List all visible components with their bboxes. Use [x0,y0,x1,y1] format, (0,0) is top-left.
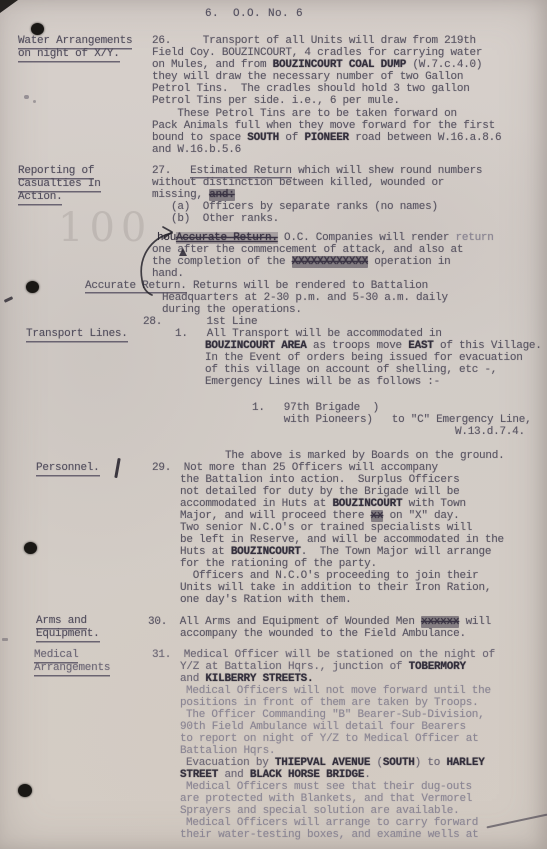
para-29-line: Two senior N.C.O's or trained specialist… [180,523,472,534]
margin-heading-reporting-of-casualties: Casualties In [18,179,101,191]
accurate-return-line: Headquarters at 2-30 p.m. and 5-30 a.m. … [162,293,448,304]
inserted-correction-line: houAccurate Return. O.C. Companies will … [157,233,494,244]
para-31-line: The Officer Commanding "B" Bearer-Sub-Di… [186,710,485,721]
para-29-line: accommodated in Huts at BOUZINCOURT with… [180,499,466,510]
margin-heading-arms-and-equipment: Arms and [36,616,87,628]
punch-hole [31,23,44,35]
para-26-line: 26. Transport of all Units will draw fro… [152,36,476,47]
margin-heading-water-arrangements: on night of X/Y. [18,49,120,61]
para-28-line: 1. All Transport will be accommodated in [175,329,442,340]
punch-hole [26,281,39,293]
margin-heading-arms-and-equipment: Equipment. [36,629,100,641]
para-31-line: and KILBERRY STREETS. [180,674,313,685]
para-31-line: Medical Officers will arrange to carry f… [186,818,478,829]
scan-corner-shadow [0,0,18,13]
para-29-line: for the rationing of the party. [180,559,377,570]
para-28-line: of this village on account of shelling, … [205,365,497,376]
para-29-line: 29. Not more than 25 Officers will accom… [152,463,438,474]
para-29-line: Huts at BOUZINCOURT. The Town Major will… [180,547,491,558]
margin-heading-reporting-of-casualties: Action. [18,192,62,204]
margin-heading-medical-arrangements: Arrangements [34,663,110,675]
para-29-line: one day's Ration with them. [180,595,351,606]
para-31-line: their water-testing boxes, and examine w… [180,830,479,841]
page-header: 6. O.O. No. 6 [205,9,303,20]
pen-mark [4,296,13,303]
margin-heading-transport-lines: Transport Lines. [26,329,128,341]
para-28-heading: 28. 1st Line [143,317,257,328]
pen-arrow-annotation [130,222,190,304]
inserted-correction-line: one after the commencement of attack, an… [152,245,463,256]
para-31-line: STREET and BLACK HORSE BRIDGE. [180,770,371,781]
insertion-caret-mark [179,248,187,256]
para-31-line: Evacuation by THIEPVAL AVENUE (SOUTH) to… [186,758,485,769]
para-27-line: 27. Estimated Return which will shew rou… [152,166,482,177]
para-26-line: Field Coy. BOUZINCOURT, 4 cradles for ca… [152,48,482,59]
para-31-line: are protected with Blankets, and that Ve… [180,794,472,805]
para-31-line: positions in front of them are taken by … [180,698,479,709]
accurate-return-line: during the operations. [162,305,302,316]
para-27-line: without distinction between killed, woun… [152,178,444,189]
para-31-line: Battalion Hqrs. [180,746,275,757]
para-29-line: Major, and will proceed there xx on "X" … [180,511,459,522]
para-29-line: Units will take in addition to their Iro… [180,583,491,594]
pen-mark [114,458,120,478]
ink-speck [24,95,29,99]
para-29-line: Officers and N.C.O's proceeding to join … [180,571,479,582]
para-31-line: Medical Officers will not move forward u… [186,686,491,697]
para-28-line: Emergency Lines will be as follows :- [205,377,440,388]
para-27-line: missing, and: [152,190,235,201]
pen-mark [486,814,547,829]
para-26-line: bound to space SOUTH of PIONEER road bet… [152,133,501,144]
para-29-line: the Battalion into action. Surplus Offic… [180,475,459,486]
emergency-line-entry: W.13.d.7.4. [455,427,525,438]
para-28-line: The above is marked by Boards on the gro… [225,451,504,462]
punch-hole [18,784,32,797]
para-26-line: and W.16.b.5.6 [152,145,241,156]
para-26-line: Petrol Tins. The cradles should hold 3 t… [152,84,470,95]
emergency-line-entry: with Pioneers) to "C" Emergency Line, [252,415,531,426]
para-26-line: These Petrol Tins are to be taken forwar… [152,109,457,120]
para-31-line: Sprayers and special solution are availa… [180,806,459,817]
inserted-correction-line: the completion of the XXXXXXXXXXXX opera… [152,257,451,268]
document-page: 6. O.O. No. 6 100 Water Arrangementson n… [0,0,547,849]
punch-hole [24,542,37,554]
para-26-line: Petrol Tins per side. i.e., 6 per mule. [152,96,400,107]
margin-heading-water-arrangements: Water Arrangements [18,36,132,48]
para-26-line: they will draw the necessary number of t… [152,72,463,83]
para-30-line: accompany the wounded to the Field Ambul… [180,629,466,640]
para-29-line: be left in Reserve, and will be accommod… [180,535,504,546]
para-30-line: 30. All Arms and Equipment of Wounded Me… [148,617,491,628]
margin-heading-personnel: Personnel. [36,463,100,475]
ink-speck [2,638,8,641]
para-31-line: 31. Medical Officer will be stationed on… [152,650,495,661]
emergency-line-entry: 1. 97th Brigade ) [252,403,379,414]
ink-speck [33,100,36,103]
para-28-line: BOUZINCOURT AREA as troops move EAST of … [205,341,542,352]
margin-heading-reporting-of-casualties: Reporting of [18,166,94,178]
para-31-line: Medical Officers must see that their dug… [186,782,472,793]
para-27-line: (a) Officers by separate ranks (no names… [152,202,438,213]
para-28-line: In the Event of orders being issued for … [205,353,523,364]
para-29-line: not detailed for duty by the Brigade wil… [180,487,459,498]
margin-heading-medical-arrangements: Medical [34,650,78,662]
para-31-line: 90th Field Ambulance will detail four Be… [180,722,466,733]
para-31-line: Y/Z at Battalion Hqrs., junction of TOBE… [180,662,466,673]
para-26-line: on Mules, and from BOUZINCOURT COAL DUMP… [152,60,482,71]
para-26-line: Pack Animals full when they move forward… [152,121,495,132]
para-31-line: to report on night of Y/Z to Medical Off… [180,734,479,745]
